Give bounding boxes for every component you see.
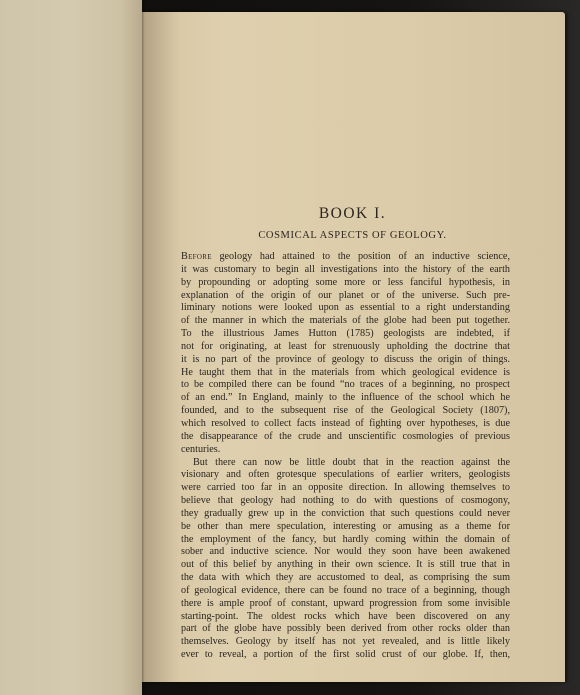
text-line: it is no part of the province of geology…: [181, 354, 510, 367]
text-line: sober and inductive science. Nor would t…: [181, 546, 510, 559]
text-line: the data with which they are accustomed …: [181, 572, 510, 585]
text-line: there is ample proof of constant, upward…: [181, 598, 510, 611]
text-line: were carried too far in an opposite dire…: [181, 482, 510, 495]
text-line: not for originating, at least for strenu…: [181, 341, 510, 354]
text-line: of the manner in which the materials of …: [181, 315, 510, 328]
lead-word: Before: [181, 251, 212, 262]
text-line: centuries.: [181, 444, 510, 457]
text-line: part of the globe have possibly been der…: [181, 623, 510, 636]
text-line: Before geology had attained to the posit…: [181, 251, 510, 264]
text-line: the employment of the fancy, but hardly …: [181, 534, 510, 547]
text-line: they gradually grew up in the conviction…: [181, 508, 510, 521]
text-line: founded, and to the subsequent rise of t…: [181, 405, 510, 418]
text-line: of an end.” In England, mainly to the in…: [181, 392, 510, 405]
chapter-heading: COSMICAL ASPECTS OF GEOLOGY.: [140, 230, 565, 241]
text-line: themselves. Geology by itself has not ye…: [181, 636, 510, 649]
text-line: visionary and often grotesque speculatio…: [181, 469, 510, 482]
text-line: be other than mere speculation, interest…: [181, 521, 510, 534]
text-line: explanation of the origin of our planet …: [181, 290, 510, 303]
text-line: liminary notions were looked upon as ess…: [181, 302, 510, 315]
text-line: starting-point. The oldest rocks which h…: [181, 611, 510, 624]
text-line: believe that geology had nothing to do w…: [181, 495, 510, 508]
text-line: of geological evidence, there can be fou…: [181, 585, 510, 598]
body-text: Before geology had attained to the posit…: [181, 251, 510, 662]
text-line: ever to reveal, a portion of the first s…: [181, 649, 510, 662]
text-line: which resolved to collect facts instead …: [181, 418, 510, 431]
left-book-page-edge: [0, 0, 142, 695]
book-heading: BOOK I.: [140, 205, 565, 223]
text-line: out of this belief by anything in their …: [181, 559, 510, 572]
text-line: To the illustrious James Hutton (1785) g…: [181, 328, 510, 341]
text-line: by propounding or adopting some more or …: [181, 277, 510, 290]
text-line: the disappearance of the crude and unsci…: [181, 431, 510, 444]
text-line: He taught them that in the materials fro…: [181, 367, 510, 380]
text-line: to be compiled there can be found “no tr…: [181, 379, 510, 392]
text-line: But there can now be little doubt that i…: [181, 457, 510, 470]
text-line: it was customary to begin all investigat…: [181, 264, 510, 277]
